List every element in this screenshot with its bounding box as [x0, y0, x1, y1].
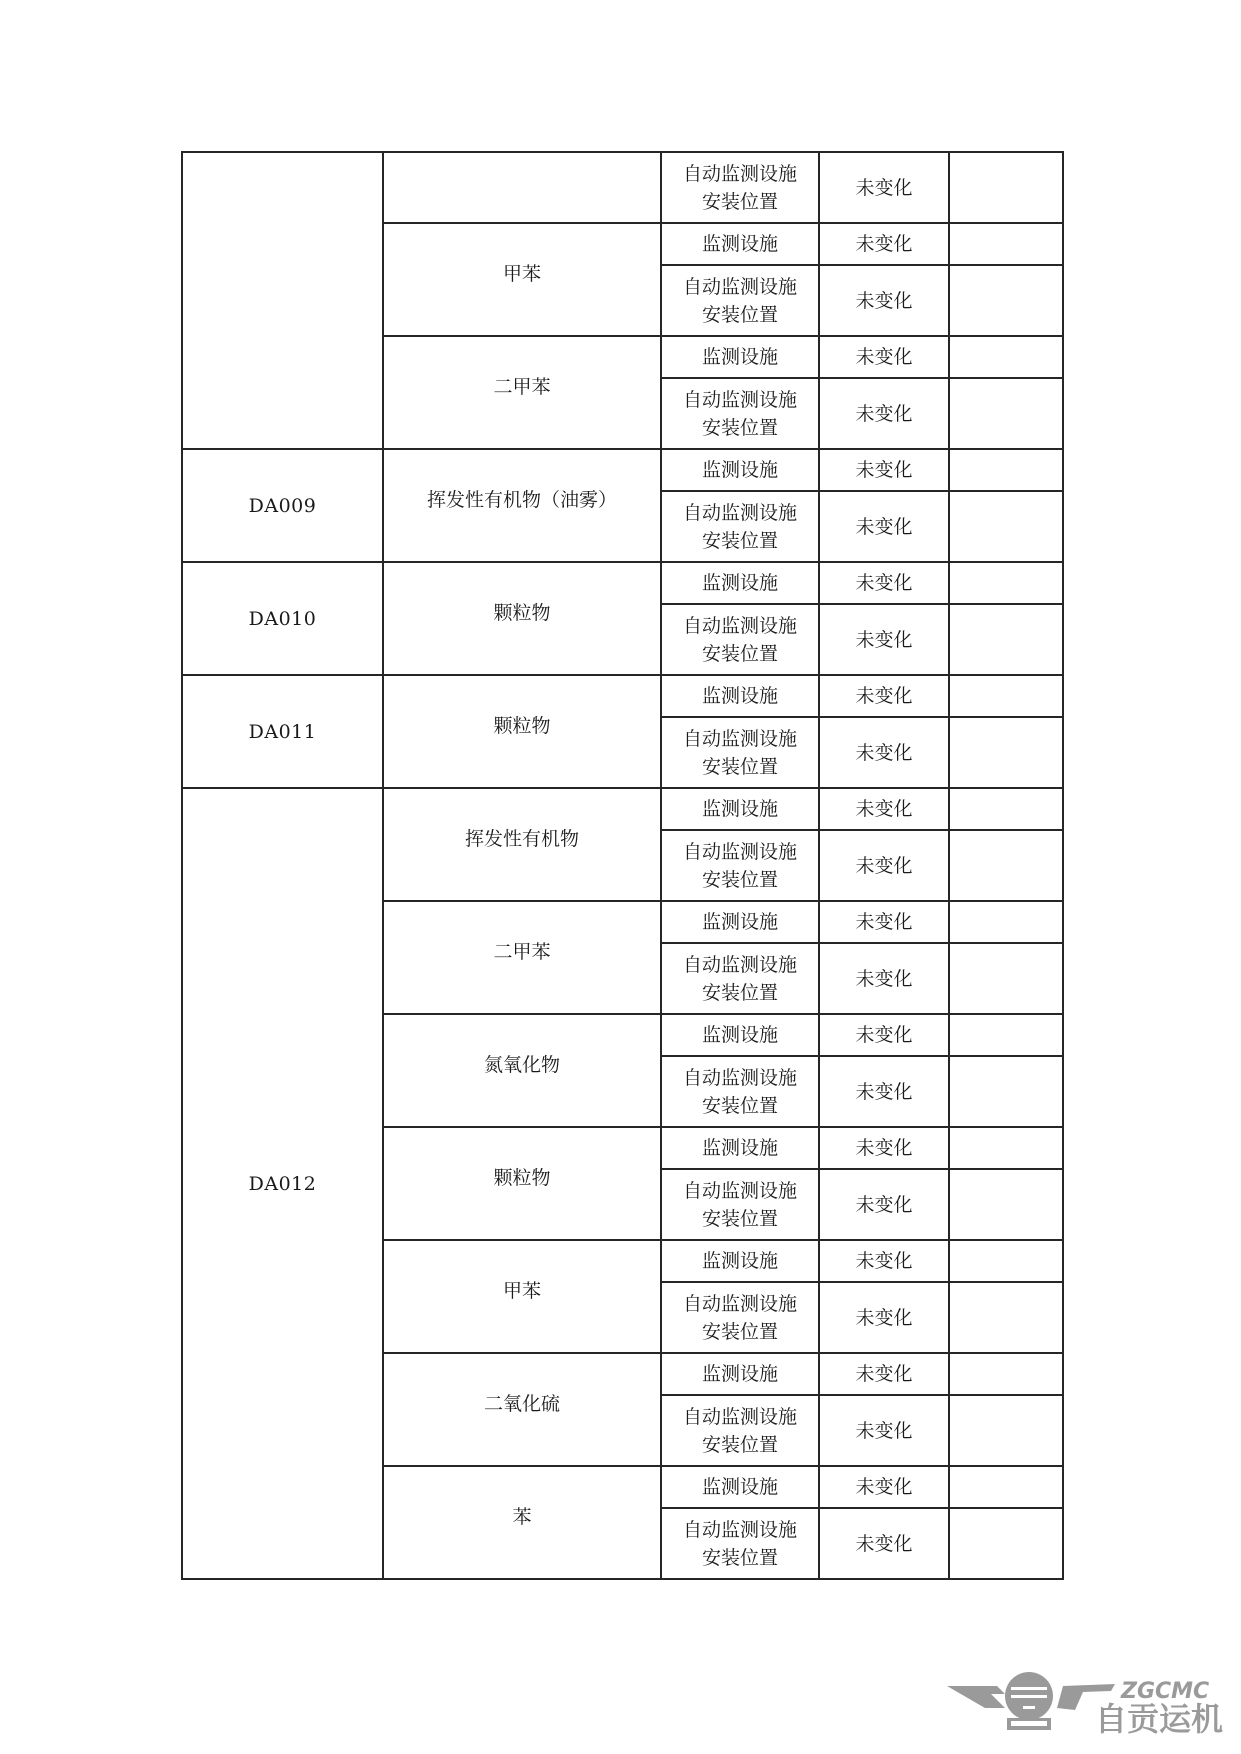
outlet-id: DA010	[249, 608, 317, 630]
remark-cell	[949, 562, 1063, 604]
monitoring-item-line1: 监测设施	[662, 1021, 818, 1049]
monitoring-item-cell: 监测设施	[661, 223, 819, 265]
monitoring-item-line1: 自动监测设施	[662, 612, 818, 640]
monitoring-item-cell: 自动监测设施安装位置	[661, 152, 819, 223]
monitoring-item-line1: 自动监测设施	[662, 1403, 818, 1431]
monitoring-item-cell: 监测设施	[661, 901, 819, 943]
status-cell: 未变化	[819, 1353, 949, 1395]
remark-cell	[949, 152, 1063, 223]
monitoring-item-cell: 监测设施	[661, 675, 819, 717]
status-cell: 未变化	[819, 336, 949, 378]
pollutant-cell: 二甲苯	[383, 901, 661, 1014]
remark-cell	[949, 604, 1063, 675]
monitoring-item-line1: 监测设施	[662, 343, 818, 371]
monitoring-item-line2: 安装位置	[662, 1318, 818, 1346]
monitoring-item-line1: 自动监测设施	[662, 1177, 818, 1205]
status-cell: 未变化	[819, 265, 949, 336]
monitoring-item-cell: 自动监测设施安装位置	[661, 1169, 819, 1240]
outlet-id: DA011	[249, 721, 317, 743]
monitoring-item-cell: 自动监测设施安装位置	[661, 1508, 819, 1579]
remark-cell	[949, 1282, 1063, 1353]
pollutant-cell: 颗粒物	[383, 562, 661, 675]
remark-cell	[949, 675, 1063, 717]
monitoring-item-line1: 自动监测设施	[662, 386, 818, 414]
monitoring-item-cell: 自动监测设施安装位置	[661, 717, 819, 788]
status-cell: 未变化	[819, 717, 949, 788]
zgcmc-logo-icon: ZGCMC 自贡运机	[945, 1664, 1235, 1734]
pollutant-cell: 二氧化硫	[383, 1353, 661, 1466]
status-cell: 未变化	[819, 675, 949, 717]
remark-cell	[949, 1508, 1063, 1579]
monitoring-item-cell: 自动监测设施安装位置	[661, 491, 819, 562]
monitoring-item-line1: 自动监测设施	[662, 499, 818, 527]
monitoring-item-line1: 监测设施	[662, 1247, 818, 1275]
pollutant-cell: 甲苯	[383, 1240, 661, 1353]
monitoring-item-line1: 自动监测设施	[662, 1290, 818, 1318]
pollutant-cell: 二甲苯	[383, 336, 661, 449]
monitoring-item-line1: 监测设施	[662, 230, 818, 258]
monitoring-item-line1: 自动监测设施	[662, 1064, 818, 1092]
pollutant-name: 颗粒物	[493, 602, 550, 624]
status-cell: 未变化	[819, 152, 949, 223]
remark-cell	[949, 1169, 1063, 1240]
monitoring-item-line2: 安装位置	[662, 527, 818, 555]
status-cell: 未变化	[819, 1240, 949, 1282]
monitoring-item-line1: 监测设施	[662, 795, 818, 823]
monitoring-item-cell: 监测设施	[661, 788, 819, 830]
monitoring-item-line1: 监测设施	[662, 1360, 818, 1388]
pollutant-cell: 颗粒物	[383, 1127, 661, 1240]
monitoring-item-line2: 安装位置	[662, 640, 818, 668]
remark-cell	[949, 265, 1063, 336]
monitoring-item-line1: 自动监测设施	[662, 160, 818, 188]
remark-cell	[949, 943, 1063, 1014]
status-cell: 未变化	[819, 1466, 949, 1508]
monitoring-item-cell: 监测设施	[661, 1466, 819, 1508]
remark-cell	[949, 223, 1063, 265]
status-cell: 未变化	[819, 1169, 949, 1240]
pollutant-name: 甲苯	[503, 263, 541, 285]
pollutant-name: 二甲苯	[493, 941, 550, 963]
pollutant-name: 氮氧化物	[484, 1054, 560, 1076]
pollutant-name: 二甲苯	[493, 376, 550, 398]
outlet-id-cell: DA010	[182, 562, 383, 675]
pollutant-name: 挥发性有机物	[465, 828, 579, 850]
outlet-id: DA012	[249, 1173, 317, 1195]
pollutant-name: 二氧化硫	[484, 1393, 560, 1415]
remark-cell	[949, 1014, 1063, 1056]
monitoring-item-line2: 安装位置	[662, 301, 818, 329]
status-cell: 未变化	[819, 562, 949, 604]
monitoring-item-cell: 自动监测设施安装位置	[661, 265, 819, 336]
monitoring-item-line1: 监测设施	[662, 1134, 818, 1162]
outlet-id-cell	[182, 152, 383, 449]
monitoring-item-cell: 监测设施	[661, 1240, 819, 1282]
pollutant-cell: 颗粒物	[383, 675, 661, 788]
status-cell: 未变化	[819, 943, 949, 1014]
status-cell: 未变化	[819, 223, 949, 265]
remark-cell	[949, 449, 1063, 491]
monitoring-item-cell: 监测设施	[661, 449, 819, 491]
remark-cell	[949, 1056, 1063, 1127]
monitoring-item-line1: 自动监测设施	[662, 1516, 818, 1544]
status-cell: 未变化	[819, 1056, 949, 1127]
status-cell: 未变化	[819, 1282, 949, 1353]
monitoring-item-line1: 自动监测设施	[662, 273, 818, 301]
monitoring-item-cell: 自动监测设施安装位置	[661, 378, 819, 449]
remark-cell	[949, 830, 1063, 901]
svg-text:自贡运机: 自贡运机	[1095, 1700, 1223, 1734]
remark-cell	[949, 1395, 1063, 1466]
pollutant-name: 颗粒物	[493, 715, 550, 737]
outlet-id-cell: DA011	[182, 675, 383, 788]
monitoring-table-body: 自动监测设施安装位置未变化甲苯监测设施未变化自动监测设施安装位置未变化二甲苯监测…	[182, 152, 1063, 1579]
monitoring-item-line2: 安装位置	[662, 866, 818, 894]
pollutant-cell: 氮氧化物	[383, 1014, 661, 1127]
outlet-id: DA009	[249, 495, 317, 517]
monitoring-item-cell: 自动监测设施安装位置	[661, 830, 819, 901]
monitoring-item-line1: 监测设施	[662, 1473, 818, 1501]
table-row: DA012挥发性有机物监测设施未变化	[182, 788, 1063, 830]
remark-cell	[949, 378, 1063, 449]
pollutant-name: 挥发性有机物（油雾）	[427, 489, 617, 511]
pollutant-cell: 挥发性有机物（油雾）	[383, 449, 661, 562]
pollutant-name: 甲苯	[503, 1280, 541, 1302]
table-row: DA011颗粒物监测设施未变化	[182, 675, 1063, 717]
monitoring-item-line2: 安装位置	[662, 753, 818, 781]
monitoring-item-line1: 自动监测设施	[662, 951, 818, 979]
monitoring-item-line1: 自动监测设施	[662, 838, 818, 866]
remark-cell	[949, 336, 1063, 378]
status-cell: 未变化	[819, 1127, 949, 1169]
remark-cell	[949, 1127, 1063, 1169]
monitoring-item-cell: 自动监测设施安装位置	[661, 604, 819, 675]
remark-cell	[949, 901, 1063, 943]
monitoring-item-cell: 监测设施	[661, 562, 819, 604]
status-cell: 未变化	[819, 830, 949, 901]
remark-cell	[949, 788, 1063, 830]
status-cell: 未变化	[819, 378, 949, 449]
monitoring-item-line2: 安装位置	[662, 979, 818, 1007]
status-cell: 未变化	[819, 901, 949, 943]
monitoring-table: 自动监测设施安装位置未变化甲苯监测设施未变化自动监测设施安装位置未变化二甲苯监测…	[181, 151, 1064, 1580]
status-cell: 未变化	[819, 1395, 949, 1466]
remark-cell	[949, 1353, 1063, 1395]
monitoring-item-line2: 安装位置	[662, 1431, 818, 1459]
remark-cell	[949, 1240, 1063, 1282]
pollutant-cell: 甲苯	[383, 223, 661, 336]
outlet-id-cell: DA012	[182, 788, 383, 1579]
remark-cell	[949, 491, 1063, 562]
pollutant-cell	[383, 152, 661, 223]
remark-cell	[949, 1466, 1063, 1508]
status-cell: 未变化	[819, 788, 949, 830]
monitoring-item-cell: 自动监测设施安装位置	[661, 1282, 819, 1353]
monitoring-item-line1: 监测设施	[662, 908, 818, 936]
remark-cell	[949, 717, 1063, 788]
monitoring-item-line2: 安装位置	[662, 188, 818, 216]
monitoring-item-cell: 监测设施	[661, 1127, 819, 1169]
monitoring-item-line1: 监测设施	[662, 569, 818, 597]
monitoring-item-line1: 监测设施	[662, 456, 818, 484]
monitoring-item-line2: 安装位置	[662, 1205, 818, 1233]
outlet-id-cell: DA009	[182, 449, 383, 562]
status-cell: 未变化	[819, 1508, 949, 1579]
monitoring-item-cell: 自动监测设施安装位置	[661, 1395, 819, 1466]
pollutant-cell: 苯	[383, 1466, 661, 1579]
monitoring-item-line1: 监测设施	[662, 682, 818, 710]
monitoring-item-cell: 监测设施	[661, 1014, 819, 1056]
monitoring-item-cell: 自动监测设施安装位置	[661, 1056, 819, 1127]
monitoring-item-line2: 安装位置	[662, 1544, 818, 1572]
table-row: 自动监测设施安装位置未变化	[182, 152, 1063, 223]
pollutant-name: 颗粒物	[493, 1167, 550, 1189]
pollutant-name: 苯	[512, 1506, 531, 1528]
table-row: DA010颗粒物监测设施未变化	[182, 562, 1063, 604]
monitoring-item-cell: 自动监测设施安装位置	[661, 943, 819, 1014]
monitoring-item-line2: 安装位置	[662, 414, 818, 442]
table-row: DA009挥发性有机物（油雾）监测设施未变化	[182, 449, 1063, 491]
monitoring-item-cell: 监测设施	[661, 1353, 819, 1395]
status-cell: 未变化	[819, 449, 949, 491]
status-cell: 未变化	[819, 604, 949, 675]
monitoring-item-line2: 安装位置	[662, 1092, 818, 1120]
status-cell: 未变化	[819, 1014, 949, 1056]
monitoring-item-line1: 自动监测设施	[662, 725, 818, 753]
status-cell: 未变化	[819, 491, 949, 562]
pollutant-cell: 挥发性有机物	[383, 788, 661, 901]
zgcmc-logo: ZGCMC 自贡运机	[945, 1664, 1235, 1734]
monitoring-item-cell: 监测设施	[661, 336, 819, 378]
